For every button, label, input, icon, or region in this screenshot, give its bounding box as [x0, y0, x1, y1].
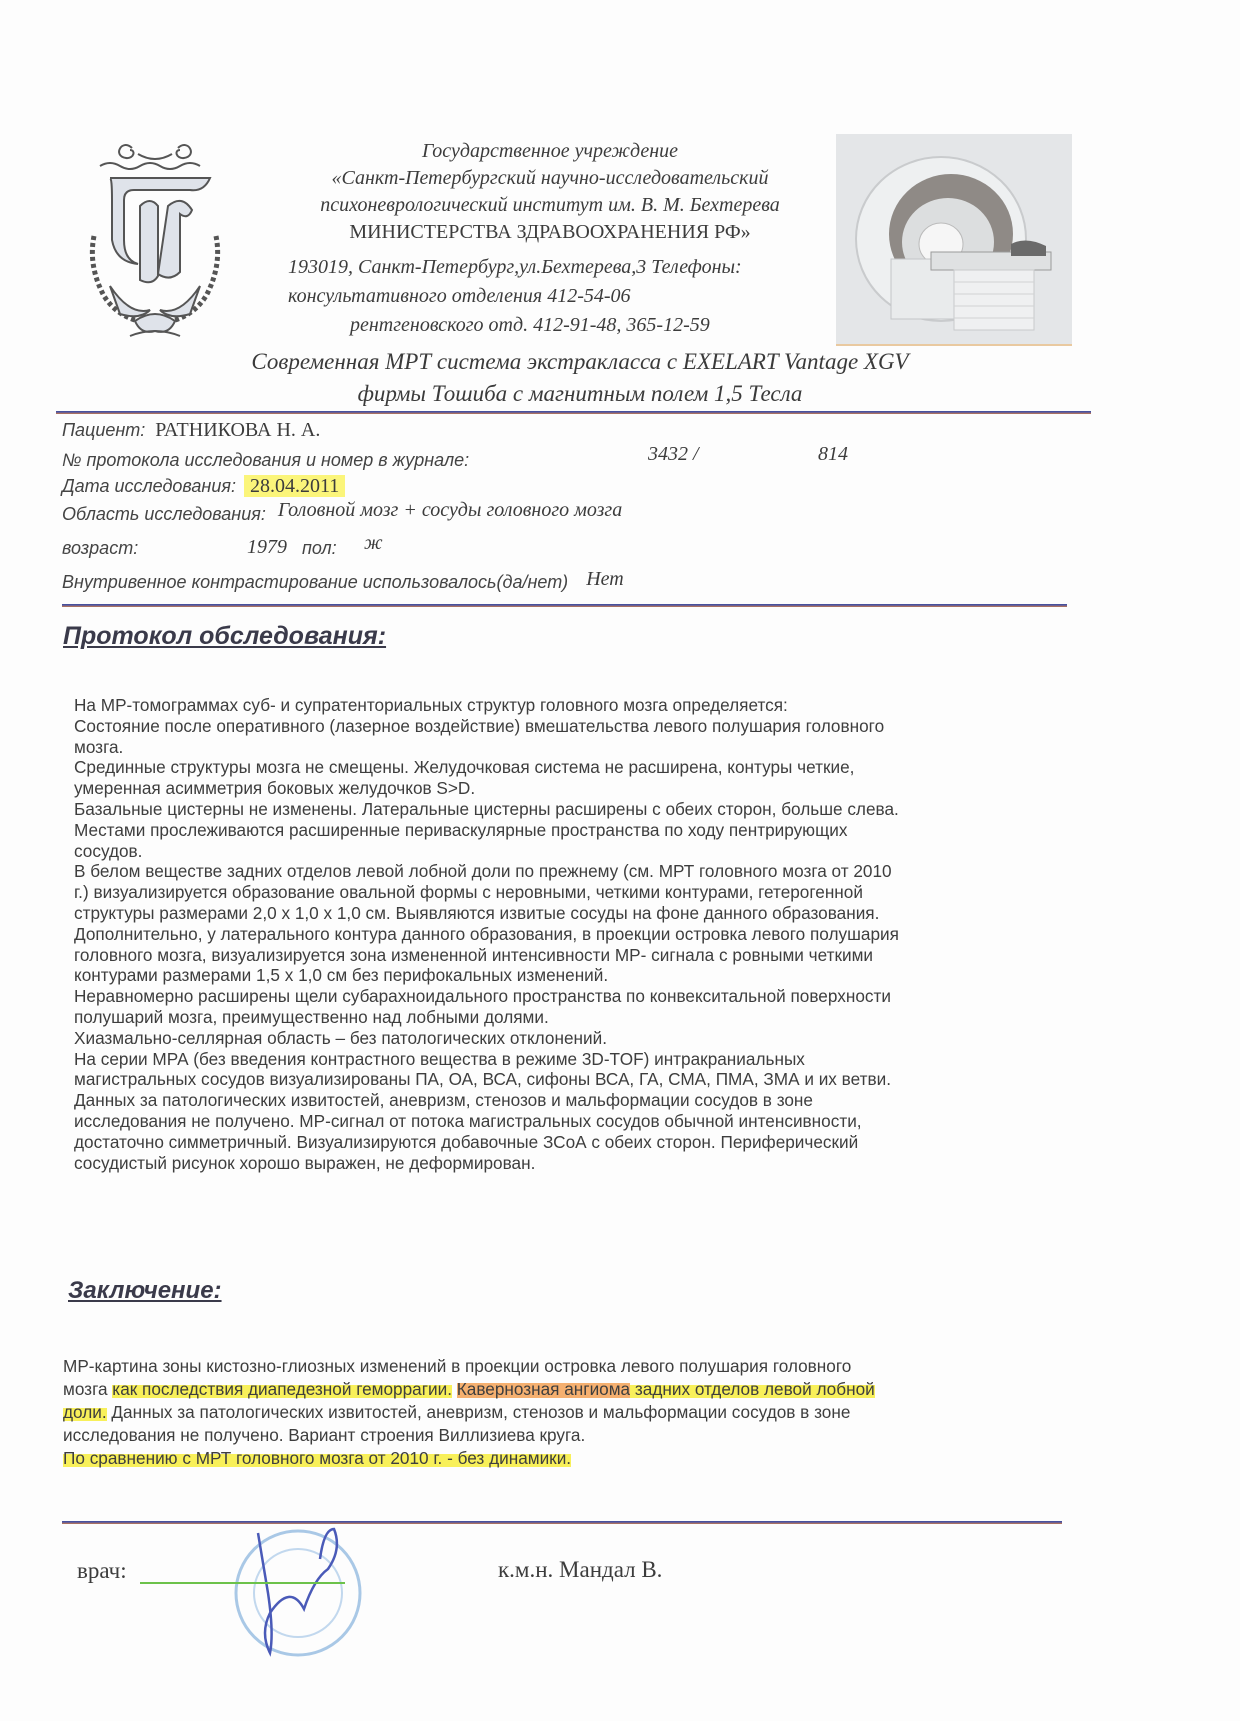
- footer-divider: [62, 1521, 1062, 1524]
- institution-line: МИНИСТЕРСТВА ЗДРАВООХРАНЕНИЯ РФ»: [270, 219, 830, 246]
- protocol-line: Местами прослеживаются расширенные перив…: [74, 820, 1074, 841]
- conclusion-line: По сравнению с МРТ головного мозга от 20…: [63, 1447, 1063, 1470]
- protocol-number: 3432 /: [648, 443, 699, 466]
- highlight-orange: Кавернозная ангиома: [457, 1379, 630, 1399]
- conclusion-text: мозга: [63, 1379, 112, 1399]
- date-label: Дата исследования:: [62, 476, 236, 496]
- protocol-body: На МР-томограммах суб- и супратенториаль…: [74, 695, 1074, 1173]
- protocol-line: умеренная асимметрия боковых желудочков …: [74, 778, 1074, 799]
- contrast-label: Внутривенное контрастирование использова…: [62, 572, 568, 592]
- address-line: консультативного отделения 412-54-06: [288, 282, 742, 311]
- doctor-name: к.м.н. Мандал В.: [498, 1557, 662, 1583]
- protocol-line: структуры размерами 2,0 х 1,0 х 1,0 см. …: [74, 903, 1074, 924]
- area-row: Область исследования: Головной мозг + со…: [62, 503, 622, 526]
- protocol-line: сосудистый рисунок хорошо выражен, не де…: [74, 1153, 1074, 1174]
- protocol-line: контурами размерами 1,5 х 1,0 см без пер…: [74, 965, 1074, 986]
- area-value: Головной мозг + сосуды головного мозга: [278, 499, 622, 521]
- institution-line: Государственное учреждение: [270, 138, 830, 165]
- institution-address: 193019, Санкт-Петербург,ул.Бехтерева,3 Т…: [288, 253, 742, 340]
- round-stamp-with-signature: [228, 1523, 368, 1663]
- protocol-line: головного мозга, визуализируется зона из…: [74, 945, 1074, 966]
- tagline-line: фирмы Тошиба с магнитным полем 1,5 Тесла: [180, 378, 980, 410]
- conclusion-line: доли. Данных за патологических извитосте…: [63, 1401, 1063, 1424]
- protocol-line: Хиазмально-селлярная область – без патол…: [74, 1028, 1074, 1049]
- conclusion-text: Данных за патологических извитостей, ане…: [107, 1402, 851, 1422]
- date-value: 28.04.2011: [244, 475, 345, 497]
- sex-value: ж: [364, 532, 383, 555]
- protocol-line: Состояние после оперативного (лазерное в…: [74, 716, 1074, 737]
- age-label: возраст:: [62, 538, 138, 558]
- signature-line: [140, 1582, 345, 1584]
- sex-label: пол:: [302, 538, 337, 559]
- protocol-line: Данных за патологических извитостей, ане…: [74, 1090, 1074, 1111]
- header-divider: [56, 411, 1091, 414]
- protocol-line: сосудов.: [74, 841, 1074, 862]
- protocol-line: исследования не получено. МР-сигнал от п…: [74, 1111, 1074, 1132]
- protocol-line: магистральных сосудов визуализированы ПА…: [74, 1069, 1074, 1090]
- protocol-number-label: № протокола исследования и номер в журна…: [62, 450, 469, 471]
- conclusion-body: МР-картина зоны кистозно-глиозных измене…: [63, 1355, 1063, 1470]
- tagline-line: Современная МРТ система экстракласса с E…: [180, 346, 980, 378]
- address-line: 193019, Санкт-Петербург,ул.Бехтерева,3 Т…: [288, 253, 742, 282]
- contrast-row: Внутривенное контрастирование использова…: [62, 571, 624, 594]
- area-label: Область исследования:: [62, 504, 266, 524]
- mri-scanner-photo: [836, 134, 1072, 346]
- institution-line: «Санкт-Петербургский научно-исследовател…: [270, 165, 830, 192]
- age-row: возраст: 1979 пол: ж: [62, 538, 138, 559]
- equipment-tagline: Современная МРТ система экстракласса с E…: [180, 346, 980, 410]
- protocol-line: В белом веществе задних отделов левой ло…: [74, 861, 1074, 882]
- bekhterev-institute-monogram-logo: [80, 136, 230, 346]
- protocol-line: достаточно симметричный. Визуализируются…: [74, 1132, 1074, 1153]
- protocol-line: Неравномерно расширены щели субарахноида…: [74, 986, 1074, 1007]
- contrast-value: Нет: [586, 568, 624, 590]
- doctor-label: врач:: [77, 1558, 127, 1584]
- conclusion-line: МР-картина зоны кистозно-глиозных измене…: [63, 1355, 1063, 1378]
- highlight-yellow: как последствия диапедезной геморрагии.: [112, 1379, 452, 1399]
- patient-name: РАТНИКОВА Н. А.: [155, 419, 320, 441]
- protocol-line: Дополнительно, у латерального контура да…: [74, 924, 1074, 945]
- protocol-heading: Протокол обследования:: [63, 622, 386, 651]
- protocol-line: г.) визуализируется образование овальной…: [74, 882, 1074, 903]
- institution-line: психоневрологический институт им. В. М. …: [270, 192, 830, 219]
- protocol-line: Базальные цистерны не изменены. Латераль…: [74, 799, 1074, 820]
- institution-name: Государственное учреждение «Санкт-Петерб…: [270, 138, 830, 246]
- highlight-yellow: По сравнению с МРТ головного мозга от 20…: [63, 1448, 571, 1468]
- protocol-line: Срединные структуры мозга не смещены. Же…: [74, 757, 1074, 778]
- address-line: рентгеновского отд. 412-91-48, 365-12-59: [288, 311, 742, 340]
- date-row: Дата исследования: 28.04.2011: [62, 475, 345, 498]
- protocol-line: На МР-томограммах суб- и супратенториаль…: [74, 695, 1074, 716]
- highlight-yellow: доли.: [63, 1402, 107, 1422]
- protocol-line: На серии МРА (без введения контрастного …: [74, 1049, 1074, 1070]
- conclusion-line: исследования не получено. Вариант строен…: [63, 1424, 1063, 1447]
- age-value: 1979: [247, 536, 287, 559]
- journal-number: 814: [818, 443, 848, 466]
- highlight-yellow: задних отделов левой лобной: [630, 1379, 875, 1399]
- conclusion-line: мозга как последствия диапедезной геморр…: [63, 1378, 1063, 1401]
- protocol-line: полушарий мозга, преимущественно над лоб…: [74, 1007, 1074, 1028]
- conclusion-heading: Заключение:: [68, 1277, 222, 1305]
- patient-divider: [62, 604, 1067, 607]
- patient-row: Пациент: РАТНИКОВА Н. А.: [62, 419, 320, 442]
- protocol-line: мозга.: [74, 737, 1074, 758]
- patient-label: Пациент:: [62, 420, 145, 440]
